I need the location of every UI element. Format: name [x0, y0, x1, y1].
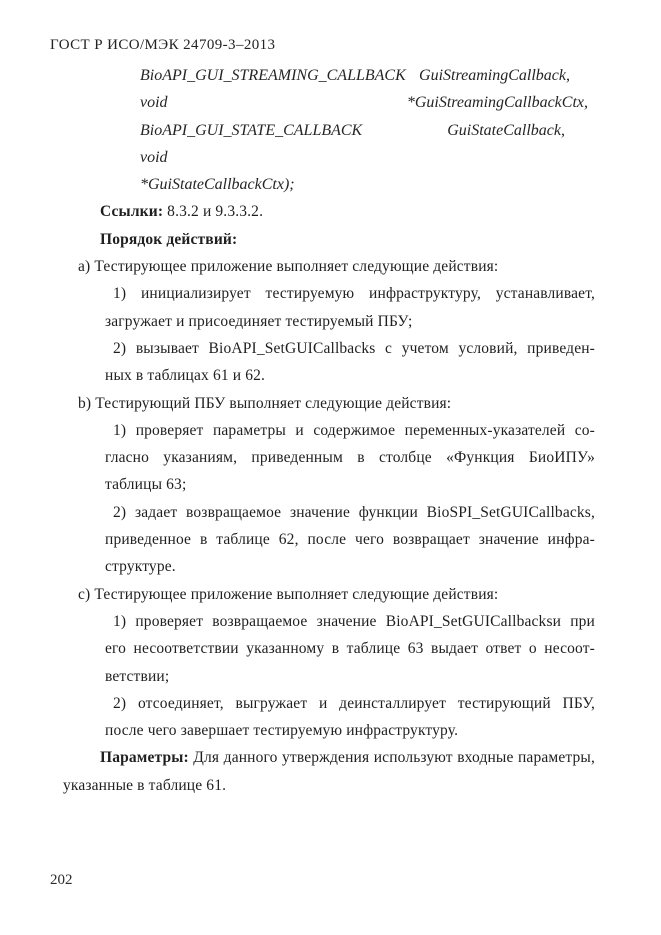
list-subitem-c1-cont: ветствии; — [105, 663, 595, 690]
list-subitem-a2-cont: ных в таблицах 61 и 62. — [105, 362, 595, 389]
parameters-text: Для данного утверждения используют входн… — [189, 749, 595, 766]
list-subitem-b1-cont: таблицы 63; — [105, 471, 595, 498]
list-subitem-b2-cont: приведенное в таблице 62, после чего воз… — [105, 526, 595, 553]
list-subitem-b2: 2) задает возвращаемое значение функции … — [105, 499, 595, 526]
list-subitem-c1-cont: его несоответствии указанному в таблице … — [105, 635, 595, 662]
list-subitem-c2-cont: после чего завершает тестируемую инфраст… — [105, 717, 595, 744]
list-subitem-b1: 1) проверяет параметры и содержимое пере… — [105, 417, 595, 444]
code-line: *GuiStateCallbackCtx); — [140, 171, 595, 198]
code-line: void — [140, 144, 595, 171]
code-type: *GuiStateCallbackCtx); — [140, 171, 295, 198]
code-line: void *GuiStreamingCallbackCtx, — [140, 89, 595, 116]
list-subitem-a1-cont: загружает и присоединяет тестируемый ПБУ… — [105, 308, 595, 335]
list-subitem-a2: 2) вызывает BioAPI_SetGUICallbacks с уче… — [105, 335, 595, 362]
list-subitem-b2-cont: структуре. — [105, 553, 595, 580]
code-type: BioAPI_GUI_STATE_CALLBACK — [140, 117, 362, 144]
parameters-line: Параметры: Для данного утверждения испол… — [63, 744, 595, 771]
page-number: 202 — [50, 872, 73, 889]
document-page: ГОСТ Р ИСО/МЭК 24709-3–2013 BioAPI_GUI_S… — [0, 0, 661, 935]
code-type: void — [140, 89, 168, 116]
code-block: BioAPI_GUI_STREAMING_CALLBACK GuiStreami… — [140, 62, 595, 198]
procedure-heading: Порядок действий: — [63, 226, 595, 253]
code-type: void — [140, 144, 168, 171]
code-type: BioAPI_GUI_STREAMING_CALLBACK — [140, 62, 406, 89]
references-line: Ссылки: 8.3.2 и 9.3.3.2. — [63, 198, 595, 225]
list-subitem-c1: 1) проверяет возвращаемое значение BioAP… — [105, 608, 595, 635]
running-header: ГОСТ Р ИСО/МЭК 24709-3–2013 — [50, 36, 661, 54]
list-item-a: a) Тестирующее приложение выполняет след… — [78, 253, 595, 280]
code-argument: GuiStreamingCallback, — [419, 62, 570, 89]
list-item-c: c) Тестирующее приложение выполняет след… — [78, 581, 595, 608]
references-text: 8.3.2 и 9.3.3.2. — [163, 203, 263, 220]
code-line: BioAPI_GUI_STATE_CALLBACK GuiStateCallba… — [140, 117, 595, 144]
code-argument: *GuiStreamingCallbackCtx, — [407, 89, 588, 116]
list-subitem-a1: 1) инициализирует тестируемую инфраструк… — [105, 280, 595, 307]
list-subitem-c2: 2) отсоединяет, выгружает и деинсталлиру… — [105, 690, 595, 717]
code-line: BioAPI_GUI_STREAMING_CALLBACK GuiStreami… — [140, 62, 595, 89]
list-item-b: b) Тестирующий ПБУ выполняет следующие д… — [78, 390, 595, 417]
code-argument: GuiStateCallback, — [447, 117, 565, 144]
references-label: Ссылки: — [100, 203, 163, 220]
list-subitem-b1-cont: гласно указаниям, приведенным в столбце … — [105, 444, 595, 471]
document-body: Ссылки: 8.3.2 и 9.3.3.2. Порядок действи… — [63, 198, 595, 799]
parameters-label: Параметры: — [100, 749, 189, 766]
parameters-line-cont: указанные в таблице 61. — [63, 772, 595, 799]
